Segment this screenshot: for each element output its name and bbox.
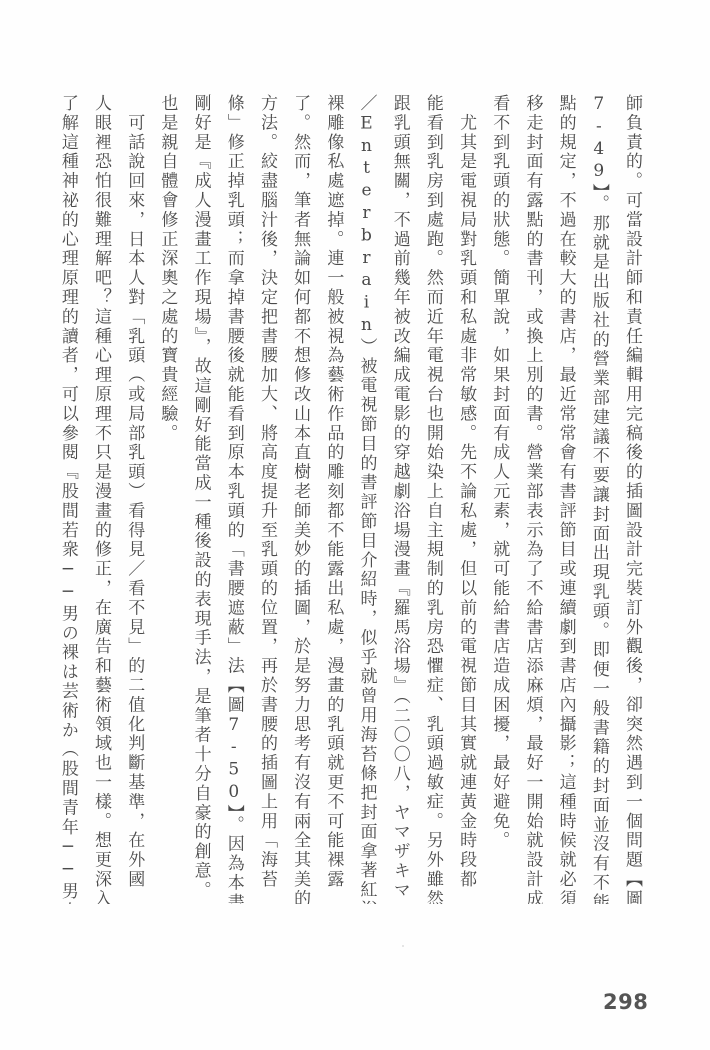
text-column-10: 裸雕像私處遮掉。連一般被視為藝術作品的雕刻都不能露出私處，漫畫的乳頭就更不可能裸… bbox=[316, 94, 349, 904]
text-column-16: 可話說回來，日本人對「乳頭（或局部乳頭）看得見／看不見」的二值化判斷基準，在外國 bbox=[117, 94, 150, 904]
text-column-9: ／Enterbrain）被電視節目的書評節目介紹時，似乎就曾用海苔條把封面拿著紅… bbox=[349, 94, 382, 904]
body-text: 師負責的。可當設計師和責任編輯用完稿後的插圖設計完裝訂外觀後，卻突然遇到一個問題… bbox=[51, 94, 648, 904]
text-column-18: 了解這種神祕的心理原理的讀者，可以參閱『股間若衆──男の裸は芸術か（股間青年──… bbox=[51, 94, 84, 904]
page-number: 298 bbox=[603, 990, 648, 1014]
text-column-2: 7-49】。那就是出版社的營業部建議不要讓封面出現乳頭。即便一般書籍的封面並沒有… bbox=[582, 94, 615, 904]
text-column-15: 也是親自體會修正深奧之處的寶貴經驗。 bbox=[150, 94, 183, 904]
text-column-13: 條」修正掉乳頭；而拿掉書腰後就能看到原本乳頭的「書腰遮蔽」法【圖7-50】。因為… bbox=[217, 94, 250, 904]
text-column-5: 看不到乳頭的狀態。簡單說，如果封面有成人元素，就可能給書店造成困擾，最好避免。 bbox=[482, 94, 515, 904]
text-column-12: 方法。絞盡腦汁後，決定把書腰加大、將高度提升至乳頭的位置，再於書腰的插圖上用「海… bbox=[250, 94, 283, 904]
text-column-11: 了。然而，筆者無論如何都不想修改山本直樹老師美妙的插圖，於是努力思考有沒有兩全其… bbox=[283, 94, 316, 904]
text-column-4: 移走封面有露點的書刊，或換上別的書。營業部表示為了不給書店添麻煩，最好一開始就設… bbox=[515, 94, 548, 904]
scan-speck bbox=[402, 945, 404, 947]
text-column-7: 能看到乳房到處跑。然而近年電視台也開始染上自主規制的乳房恐懼症、乳頭過敏症。另外… bbox=[416, 94, 449, 904]
text-column-14: 剛好是『成人漫畫工作現場』，故這剛好能當成一種後設的表現手法，是筆者十分自豪的創… bbox=[183, 94, 216, 904]
text-column-6: 尤其是電視局對乳頭和私處非常敏感。先不論私處，但以前的電視節目其實就連黃金時段都 bbox=[449, 94, 482, 904]
text-column-3: 點的規定，不過在較大的書店，最近常常會有書評節目或連續劇到書店內攝影；這種時候就… bbox=[548, 94, 581, 904]
text-column-8: 跟乳頭無關，不過前幾年被改編成電影的穿越劇浴場漫畫『羅馬浴場』（二〇〇八，ヤマザ… bbox=[383, 94, 416, 904]
text-column-1: 師負責的。可當設計師和責任編輯用完稿後的插圖設計完裝訂外觀後，卻突然遇到一個問題… bbox=[615, 94, 648, 904]
book-page: 師負責的。可當設計師和責任編輯用完稿後的插圖設計完裝訂外觀後，卻突然遇到一個問題… bbox=[0, 0, 710, 1050]
text-column-17: 人眼裡恐怕很難理解吧？這種心理原理不只是漫畫的修正，在廣告和藝術領域也一樣。想更… bbox=[84, 94, 117, 904]
